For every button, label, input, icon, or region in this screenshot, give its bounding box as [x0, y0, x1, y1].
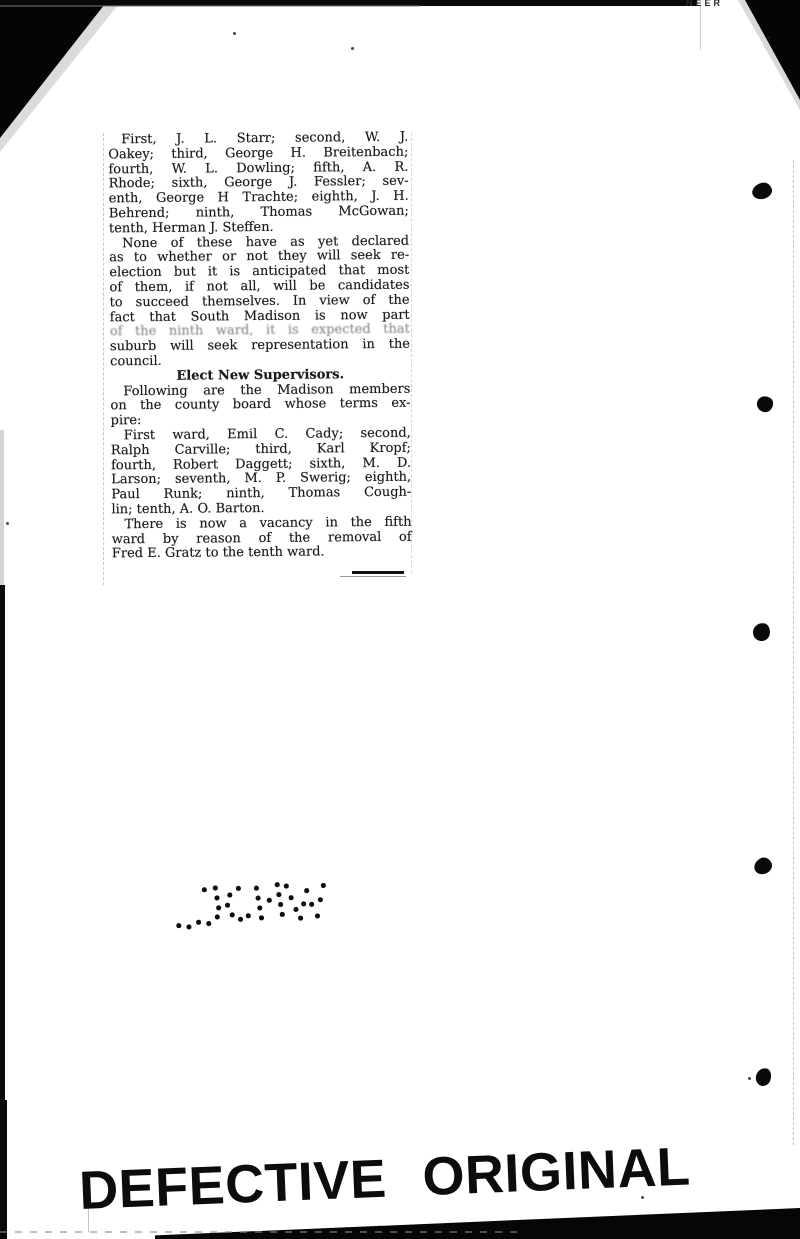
- perforation-dot: [227, 892, 232, 897]
- article-end-rule: [352, 571, 404, 574]
- perforation-dot: [309, 902, 314, 907]
- perforation-dot: [321, 883, 326, 888]
- perforation-dot: [246, 913, 251, 918]
- speckle-dot: [233, 32, 236, 35]
- speckle-dot: [767, 36, 770, 39]
- perforation-dot: [255, 895, 260, 900]
- scan-edge-top-shadow: [0, 5, 420, 7]
- perforation-dot: [278, 902, 283, 907]
- perforation-dot-stamp: [172, 875, 333, 934]
- stamp-word-original: ORIGINAL: [421, 1135, 691, 1208]
- perforation-dot: [213, 885, 218, 890]
- top-right-crease-line: [700, 6, 701, 50]
- article-line: Fred E. Gratz to the tenth ward.: [112, 545, 412, 562]
- article-line: suburb will seek representation in the: [110, 338, 410, 355]
- perforation-dot: [230, 912, 235, 917]
- speckle-dot: [6, 522, 9, 525]
- perforation-dot: [301, 901, 306, 906]
- ink-blob: [750, 181, 773, 202]
- perforation-dot: [238, 917, 243, 922]
- ink-blob: [754, 1066, 773, 1087]
- newspaper-article-column: First, J. L. Starr; second, W. J.Oakey; …: [108, 131, 412, 563]
- ink-blob: [751, 855, 774, 877]
- perforation-dot: [257, 905, 262, 910]
- article-line: on the county board whose terms ex-: [110, 397, 410, 414]
- perforation-dot: [267, 898, 272, 903]
- perforation-dot: [236, 886, 241, 891]
- clipping-left-edge: [103, 133, 104, 585]
- perforation-dot: [215, 914, 220, 919]
- article-end-rule-thin: [340, 576, 406, 577]
- right-dashed-fold-line: [793, 160, 794, 1145]
- perforation-dot: [288, 895, 293, 900]
- perforation-dot: [318, 897, 323, 902]
- speckle-dot: [748, 1077, 751, 1080]
- perforation-dot: [214, 895, 219, 900]
- perforation-dot: [216, 905, 221, 910]
- perforation-dot: [196, 920, 201, 925]
- perforation-dot: [280, 912, 285, 917]
- ink-blob: [752, 622, 772, 643]
- scan-edge-left-lower: [4, 1100, 7, 1239]
- perforation-dot: [225, 903, 230, 908]
- perforation-dot: [186, 924, 191, 929]
- speckle-dot: [351, 47, 354, 50]
- ink-blob: [754, 393, 777, 416]
- perforation-dot: [206, 921, 211, 926]
- perforation-dot: [254, 886, 259, 891]
- perforation-dot: [304, 888, 309, 893]
- perforation-dot: [293, 907, 298, 912]
- perforation-dot: [259, 915, 264, 920]
- scan-edge-left-fringe: [0, 430, 4, 590]
- perforation-dot: [315, 913, 320, 918]
- perforation-dot: [284, 883, 289, 888]
- perforation-dot: [276, 892, 281, 897]
- stamp-word-defective: DEFECTIVE: [78, 1148, 388, 1222]
- article-line: of the ninth ward, it is expected that: [110, 323, 410, 340]
- defective-original-stamp: DEFECTIVE ORIGINAL: [78, 1135, 692, 1221]
- perforation-dot: [298, 916, 303, 921]
- perforation-dot: [176, 923, 181, 928]
- corner-label-text: NEER: [686, 0, 723, 8]
- perforation-dot: [275, 882, 280, 887]
- scan-corner-top-right: [745, 0, 800, 100]
- perforation-dot: [202, 887, 207, 892]
- scan-edge-bottom-speckle: [0, 1231, 520, 1233]
